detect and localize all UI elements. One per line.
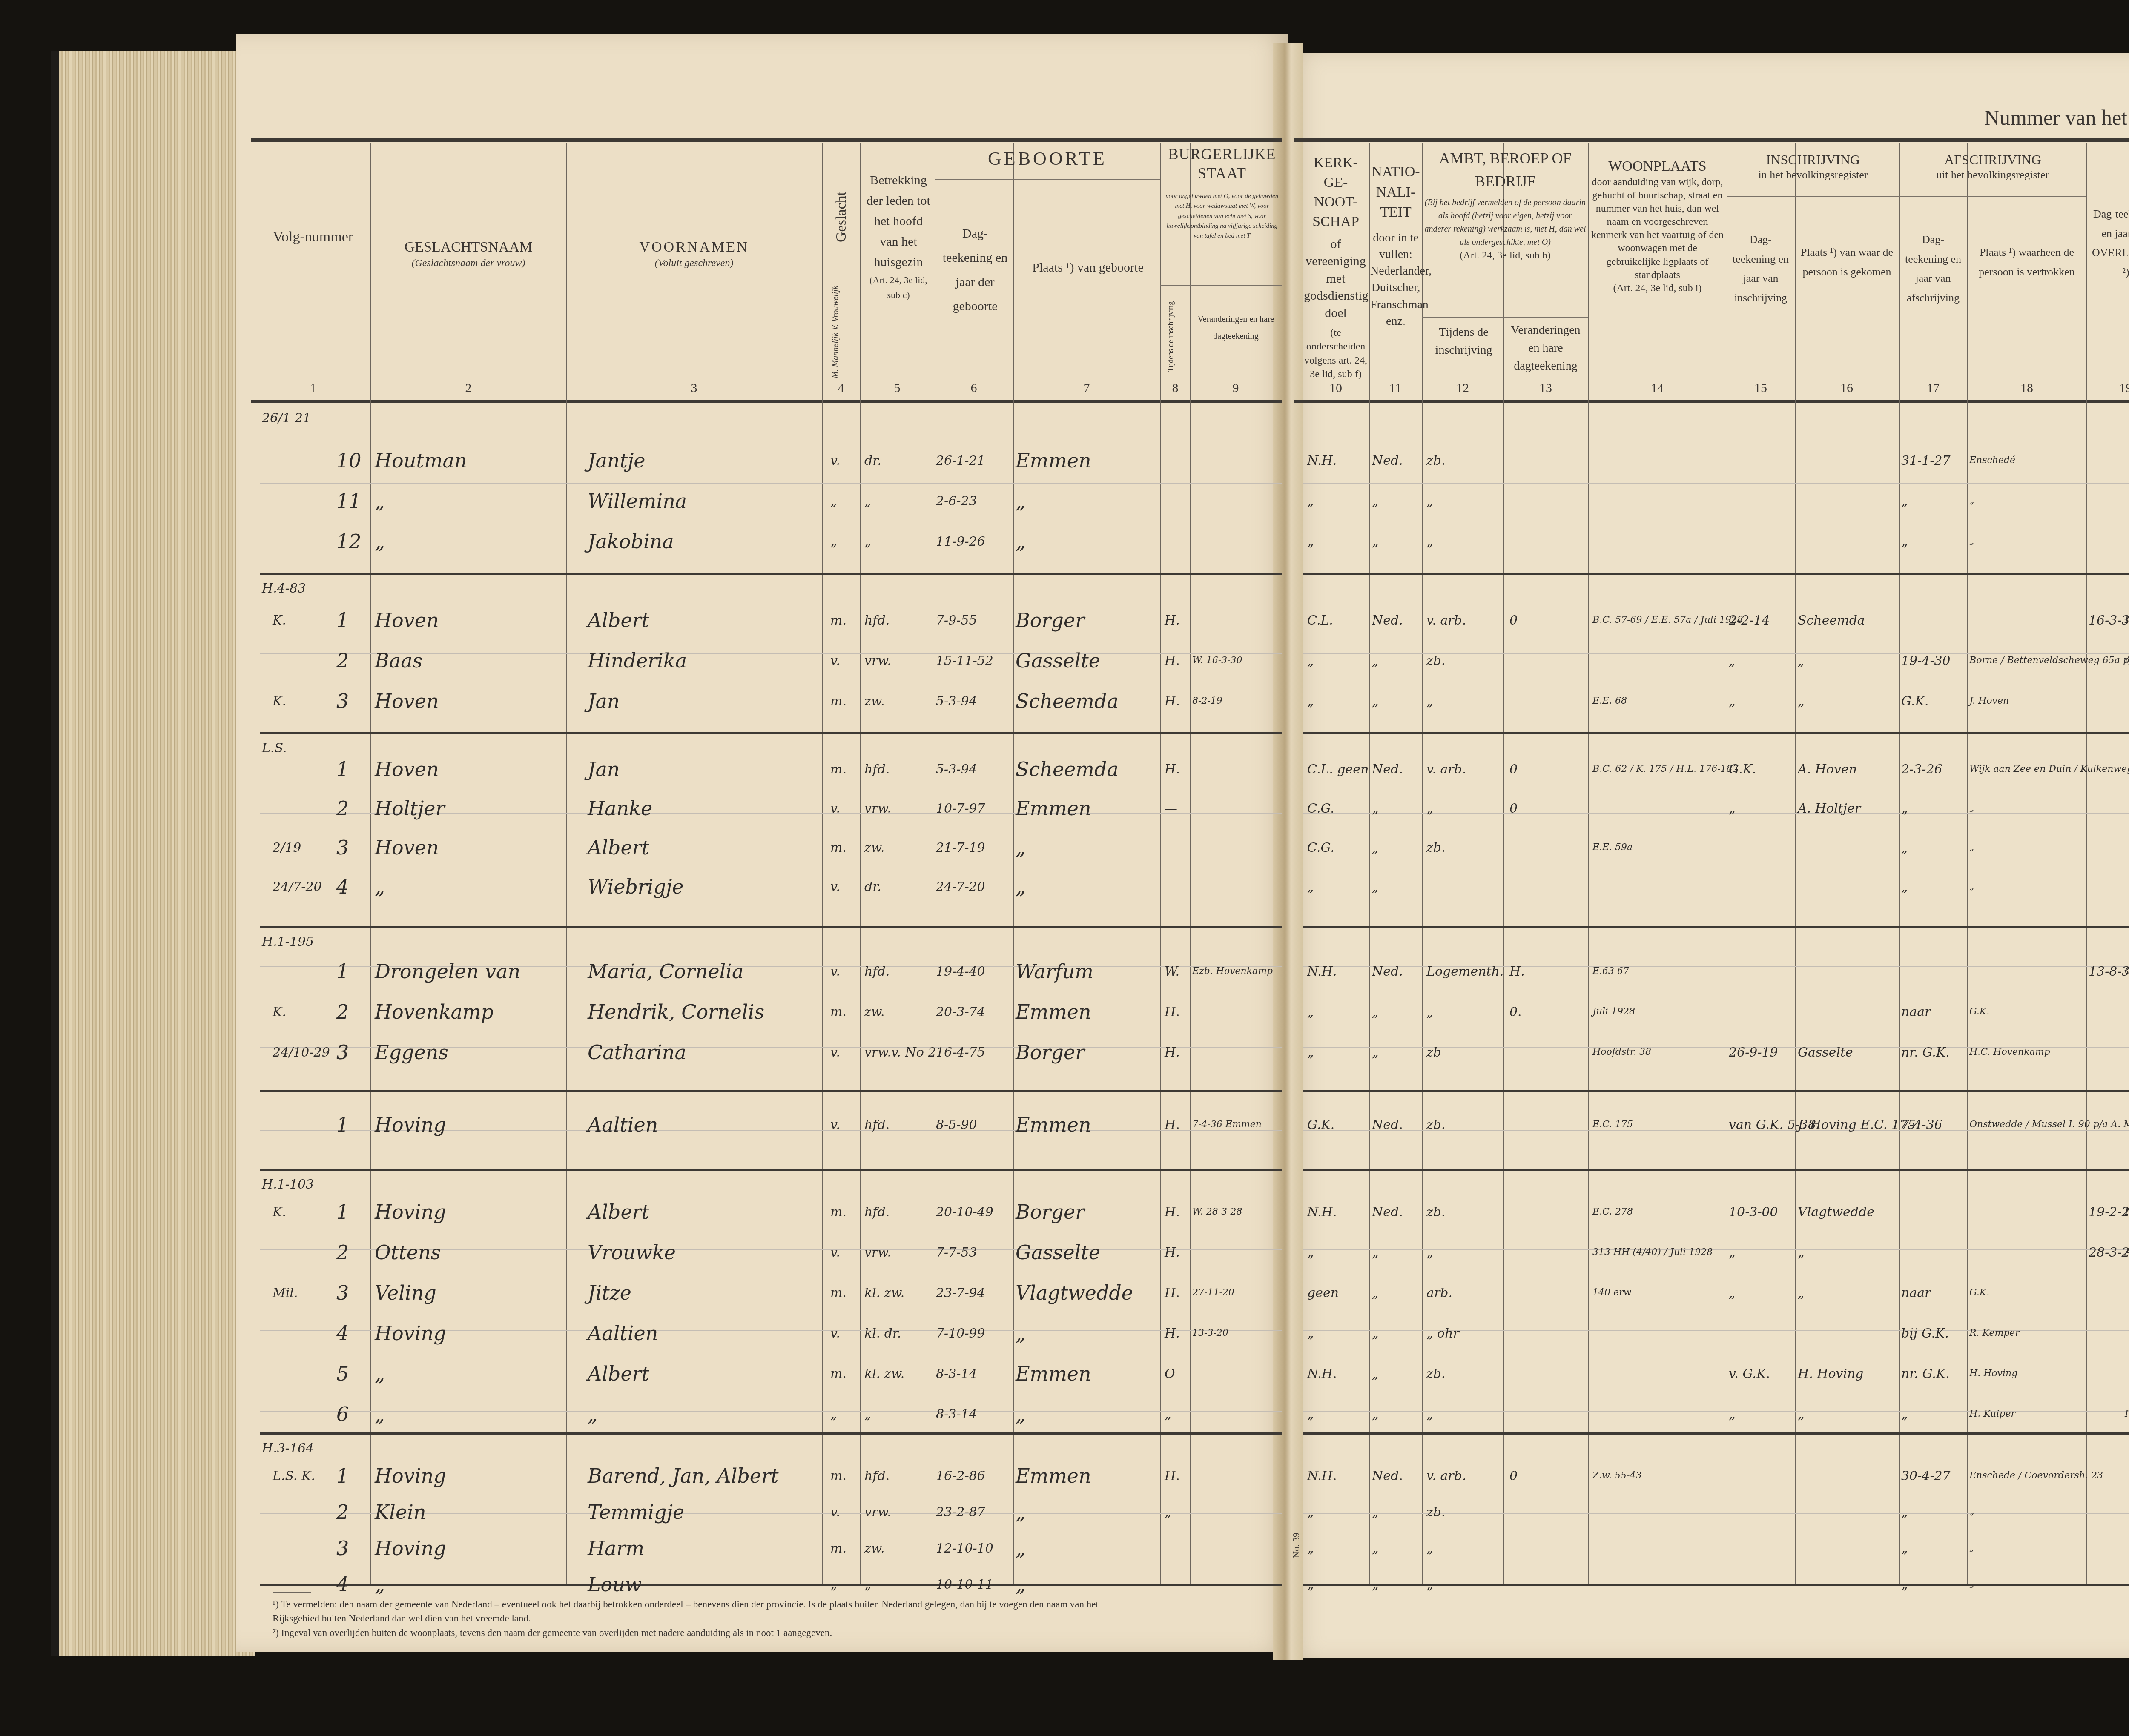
header-geboorte: GEBOORTE — [935, 147, 1160, 170]
cell-out-to: Wijk aan Zee en Duin / Kuikenweg C 23 — [1969, 764, 2129, 774]
header-col14-sub: door aanduiding van wijk, dorp, gehucht … — [1590, 176, 1724, 282]
cell-in-from: Vlagtwedde — [1798, 1205, 1874, 1220]
cell-occ: „ ohr — [1426, 1326, 1459, 1341]
cell-death: 28-3-28 — [2089, 1245, 2129, 1260]
cell-church: C.G. — [1307, 840, 1334, 855]
cell-birth-date: 7-9-55 — [936, 613, 977, 628]
cell-nat: „ — [1372, 1577, 1379, 1592]
cell-mark: 24/7-20 — [273, 879, 322, 894]
cell-nat: Ned. — [1372, 613, 1403, 628]
cell-in-from: „ — [1798, 1245, 1805, 1260]
cell-nat: „ — [1372, 694, 1379, 709]
cell-civil-change: 13-3-20 — [1192, 1328, 1228, 1338]
cell-surname: Hoving — [375, 1322, 446, 1345]
cell-address: E.E. 59a — [1592, 842, 1633, 853]
cell-sex: „ — [830, 534, 837, 549]
cell-in-date: „ — [1729, 1407, 1736, 1422]
cell-given: Willemina — [588, 490, 687, 513]
cell-given: Aaltien — [588, 1113, 658, 1136]
cell-out-to: Onstwedde / Mussel I. 90 p/a A. Miedema — [1969, 1119, 2129, 1130]
cell-birth-date: 24-7-20 — [936, 879, 985, 894]
cell-occ-change: 0 — [1509, 613, 1518, 628]
cell-in-from: „ — [1798, 1286, 1805, 1301]
cell-civil: „ — [1165, 1505, 1171, 1520]
cell-occ-change: 0 — [1509, 801, 1518, 816]
block-reference: H.1-103 — [262, 1177, 314, 1192]
cell-out-date: naar — [1901, 1286, 1931, 1301]
cell-address: B.C. 57-69 / E.E. 57a / Juli 1928 — [1592, 615, 1743, 625]
cell-remarks-code: I.N.V. — [2125, 1206, 2129, 1217]
cell-in-from: „ — [1798, 1407, 1805, 1422]
cell-sex: m. — [830, 762, 846, 777]
cell-out-to: „ — [1969, 842, 1974, 853]
block-separator-right — [1303, 732, 2129, 734]
footnote-2: ²) Ingeval van overlijden buiten de woon… — [273, 1626, 1124, 1640]
cell-surname: „ — [375, 530, 385, 553]
header-col14: WOONPLAATSdoor aanduiding van wijk, dorp… — [1590, 158, 1724, 295]
ruled-line — [260, 1088, 1282, 1088]
column-divider-left-4 — [860, 143, 861, 1584]
cell-civil: „ — [1165, 1407, 1171, 1422]
cell-church: C.G. — [1307, 801, 1334, 816]
cell-occ: zb — [1426, 1045, 1441, 1060]
header-bottom-rule-left — [251, 400, 1282, 403]
cell-out-to: Enschede / Coevordersh. 23 — [1969, 1470, 2103, 1481]
cell-occ: Logementh. — [1426, 964, 1503, 979]
cell-surname: Hoven — [375, 836, 439, 859]
cell-birth-place: „ — [1016, 836, 1026, 859]
cell-nr: 4 — [336, 875, 349, 898]
cell-out-to: „ — [1969, 536, 1974, 547]
cell-birth-place: Borger — [1016, 1200, 1085, 1223]
cell-church: N.H. — [1307, 1469, 1337, 1484]
header-col4-sub: M. Mannelijk V. Vrouwelijk — [830, 281, 841, 383]
header-col3-label: VOORNAMEN — [571, 238, 818, 257]
column-number-col3: 3 — [677, 381, 711, 395]
cell-in-date: 26-9-19 — [1729, 1045, 1778, 1060]
cell-out-to: G.K. — [1969, 1006, 1989, 1017]
cell-birth-date: 11-9-26 — [936, 534, 985, 549]
cell-mark: K. — [273, 694, 286, 709]
cell-birth-date: 21-7-19 — [936, 840, 985, 855]
cell-given: Albert — [588, 1362, 649, 1385]
cell-occ: zb. — [1426, 840, 1446, 855]
cell-nr: 2 — [336, 1000, 349, 1023]
cell-sex: m. — [830, 1286, 846, 1301]
cell-address: E.63 67 — [1592, 966, 1629, 977]
cell-sex: m. — [830, 1366, 846, 1381]
cell-nr: 3 — [336, 1041, 349, 1064]
header-col9: Veranderingen en hare dagteekening — [1192, 311, 1280, 345]
cell-birth-place: Gasselte — [1016, 649, 1100, 672]
header-col5-label: Betrekking der leden tot het hoofd van h… — [864, 170, 933, 272]
cell-nr: 6 — [336, 1403, 349, 1426]
cell-birth-date: 10-7-97 — [936, 801, 985, 816]
cell-out-date: 19-4-30 — [1901, 653, 1951, 668]
header-col2-sub: (Geslachtsnaam der vrouw) — [375, 257, 562, 269]
cell-relation: „ — [864, 1407, 871, 1422]
cell-sex: v. — [830, 964, 840, 979]
cell-given: Catharina — [588, 1041, 686, 1064]
cell-church: N.H. — [1307, 964, 1337, 979]
header-col10-sub2: (te onderscheiden volgens art. 24, 3e li… — [1304, 326, 1368, 381]
cell-occ: „ — [1426, 494, 1433, 509]
column-number-col17: 17 — [1916, 381, 1950, 395]
cell-given: Vrouwke — [588, 1241, 676, 1264]
block-reference: L.S. — [262, 741, 287, 756]
cell-relation: hfd. — [864, 964, 889, 979]
ruled-line — [1303, 524, 2129, 524]
cell-mark: 24/10-29 — [273, 1045, 330, 1060]
cell-out-date: „ — [1901, 534, 1908, 549]
cell-nr: 2 — [336, 649, 349, 672]
column-number-col13: 13 — [1529, 381, 1563, 395]
cell-birth-date: 8-3-14 — [936, 1366, 977, 1381]
block-reference: H.1-195 — [262, 934, 314, 949]
cell-out-date: naar — [1901, 1005, 1931, 1020]
header-col10-label: KERK-GE-NOOT-SCHAP — [1304, 153, 1368, 232]
header-ambt-sub: (Bij het bedrijf vermelden of de persoon… — [1424, 196, 1586, 249]
cell-nr: 4 — [336, 1322, 349, 1345]
cell-church: N.H. — [1307, 453, 1337, 468]
cell-given: Hinderika — [588, 649, 687, 672]
cell-church: „ — [1307, 1326, 1314, 1341]
cell-civil: H. — [1165, 1117, 1180, 1132]
cell-out-date: „ — [1901, 1541, 1908, 1556]
column-divider-right-9 — [2086, 143, 2087, 1584]
column-divider-right-4 — [1588, 143, 1589, 1584]
cell-nat: „ — [1372, 653, 1379, 668]
cell-remarks-code: A.K. O.D.R. — [2125, 1247, 2129, 1258]
cell-out-date: 7-4-36 — [1901, 1117, 1942, 1132]
column-divider-right-8 — [1967, 143, 1968, 1584]
cell-in-from: „ — [1798, 694, 1805, 709]
cell-surname: Hoven — [375, 690, 439, 713]
cell-civil: H. — [1165, 1245, 1180, 1260]
cell-given: Harm — [588, 1537, 644, 1560]
cell-out-to: „ — [1969, 1507, 1974, 1517]
cell-out-date: „ — [1901, 879, 1908, 894]
header-col2-label: GESLACHTSNAAM — [375, 238, 562, 257]
cell-birth-date: 12-10-10 — [936, 1541, 993, 1556]
cell-civil: H. — [1165, 1205, 1180, 1220]
footnote-1: ¹) Te vermelden: den naam der gemeente v… — [273, 1597, 1124, 1626]
cell-remarks-code: A.K. O.D.R. — [2125, 655, 2129, 666]
cell-address: E.C. 278 — [1592, 1206, 1633, 1217]
header-col2: GESLACHTSNAAM(Geslachtsnaam der vrouw) — [375, 238, 562, 269]
header-col11: NATIO-NALI-TEITdoor in te vullen: Nederl… — [1370, 162, 1421, 329]
block-separator-left — [260, 1584, 1282, 1586]
cell-occ: „ — [1426, 801, 1433, 816]
cell-birth-date: 7-10-99 — [936, 1326, 985, 1341]
cell-occ: v. arb. — [1426, 1469, 1466, 1484]
cell-given: „ — [588, 1403, 598, 1426]
cell-birth-place: Gasselte — [1016, 1241, 1100, 1264]
cell-occ: „ — [1426, 1407, 1433, 1422]
cell-given: Jan — [588, 690, 620, 713]
cell-church: „ — [1307, 1577, 1314, 1592]
cell-nat: „ — [1372, 1541, 1379, 1556]
side-marker: No. 39 — [1290, 1533, 1302, 1558]
column-number-col7: 7 — [1070, 381, 1104, 395]
cell-death: 16-3-30 — [2089, 613, 2129, 628]
cell-civil: H. — [1165, 1326, 1180, 1341]
cell-sex: v. — [830, 1045, 840, 1060]
cell-nr: 1 — [336, 758, 349, 781]
cell-out-to: H. Kuiper — [1969, 1409, 2015, 1419]
cell-civil-change: W. 16-3-30 — [1192, 655, 1242, 666]
cell-sex: „ — [830, 1577, 837, 1592]
cell-occ: zb. — [1426, 1205, 1446, 1220]
cell-nat: Ned. — [1372, 453, 1403, 468]
header-inschrijving: INSCHRIJVINGin het bevolkingsregister — [1728, 151, 1898, 182]
cell-civil-change: W. 28-3-28 — [1192, 1206, 1242, 1217]
cell-birth-place: Emmen — [1016, 1000, 1091, 1023]
cell-address: Hoofdstr. 38 — [1592, 1047, 1651, 1057]
header-inschrijving-sub: in het bevolkingsregister — [1728, 168, 1898, 182]
cell-surname: „ — [375, 875, 385, 898]
cell-death: 19-2-29 — [2089, 1205, 2129, 1220]
cell-relation: vrw. — [864, 653, 891, 668]
cell-occ: zb. — [1426, 1505, 1446, 1520]
cell-birth-date: 26-1-21 — [936, 453, 985, 468]
cell-sex: m. — [830, 1541, 846, 1556]
cell-sex: v. — [830, 1326, 840, 1341]
cell-civil: H. — [1165, 694, 1180, 709]
cell-relation: zw. — [864, 840, 884, 855]
cell-birth-place: „ — [1016, 530, 1026, 553]
cell-surname: Klein — [375, 1501, 426, 1524]
book-page-edges-left — [51, 51, 255, 1656]
cell-nat: „ — [1372, 1326, 1379, 1341]
column-number-col16: 16 — [1830, 381, 1864, 395]
ruled-line — [1303, 443, 2129, 443]
header-col11-label: NATIO-NALI-TEIT — [1370, 162, 1421, 223]
cell-church: G.K. — [1307, 1117, 1334, 1132]
header-inschrijving-label: INSCHRIJVING — [1728, 151, 1898, 168]
cell-sex: v. — [830, 879, 840, 894]
cell-address: E.E. 68 — [1592, 696, 1627, 706]
cell-birth-date: 8-3-14 — [936, 1407, 977, 1422]
cell-surname: Ottens — [375, 1241, 441, 1264]
cell-out-date: 30-4-27 — [1901, 1469, 1951, 1484]
cell-occ-change: 0 — [1509, 1469, 1518, 1484]
column-divider-left-7 — [1160, 143, 1161, 1584]
cell-birth-date: 20-3-74 — [936, 1005, 985, 1020]
cell-given: Temmigje — [588, 1501, 684, 1524]
ruled-line — [1303, 483, 2129, 484]
cell-out-date: „ — [1901, 494, 1908, 509]
cell-occ-change: 0 — [1509, 762, 1518, 777]
footnotes: ¹) Te vermelden: den naam der gemeente v… — [273, 1592, 1124, 1640]
ruled-line — [260, 1371, 1282, 1371]
block-separator-right — [1303, 573, 2129, 575]
cell-in-from: A. Hoven — [1798, 762, 1857, 777]
header-col3-sub: (Voluit geschreven) — [571, 257, 818, 269]
cell-civil: W. — [1165, 964, 1179, 979]
cell-nat: „ — [1372, 1286, 1379, 1301]
column-number-col8: 8 — [1158, 381, 1192, 395]
page-title: Nummer van het blad — [1984, 104, 2129, 131]
cell-given: Jan — [588, 758, 620, 781]
column-number-col10: 10 — [1319, 381, 1353, 395]
header-afschrijving-sub: uit het bevolkingsregister — [1900, 168, 2086, 182]
cell-out-to: H. Hoving — [1969, 1368, 2017, 1379]
cell-birth-place: „ — [1016, 1501, 1026, 1524]
cell-church: C.L. — [1307, 613, 1333, 628]
column-divider-left-2 — [566, 143, 567, 1584]
cell-birth-date: 7-7-53 — [936, 1245, 977, 1260]
header-col14-sub2: (Art. 24, 3e lid, sub i) — [1590, 282, 1724, 295]
column-divider-right-2 — [1422, 143, 1423, 1584]
geboorte-rule — [935, 179, 1160, 180]
header-col18: Plaats ¹) waarheen de persoon is vertrok… — [1969, 243, 2084, 281]
cell-civil-change: Ezb. Hovenkamp — [1192, 966, 1273, 977]
block-separator-left — [260, 1090, 1282, 1092]
cell-relation: zw. — [864, 1005, 884, 1020]
header-col17: Dag-teekening en jaar van afschrijving — [1901, 230, 1965, 307]
cell-church: „ — [1307, 1407, 1314, 1422]
block-separator-left — [260, 573, 1282, 575]
column-divider-right-3 — [1503, 143, 1504, 1584]
cell-sex: m. — [830, 1469, 846, 1484]
cell-given: Albert — [588, 609, 649, 632]
header-ambt: AMBT, BEROEP OF BEDRIJF(Bij het bedrijf … — [1424, 147, 1586, 262]
header-col15: Dag-teekening en jaar van inschrijving — [1729, 230, 1793, 307]
cell-civil: H. — [1165, 762, 1180, 777]
cell-out-to: J. Hoven — [1969, 696, 2009, 706]
cell-relation: vrw. — [864, 1505, 891, 1520]
cell-surname: „ — [375, 1362, 385, 1385]
cell-nat: Ned. — [1372, 1117, 1403, 1132]
cell-birth-place: Emmen — [1016, 1464, 1091, 1487]
column-divider-left-3 — [822, 143, 823, 1584]
cell-out-to: „ — [1969, 1543, 1974, 1553]
cell-birth-place: „ — [1016, 1537, 1026, 1560]
cell-sex: „ — [830, 1407, 837, 1422]
afschrijving-rule — [1899, 196, 2086, 197]
cell-relation: zw. — [864, 1541, 884, 1556]
cell-out-to: „ — [1969, 1579, 1974, 1590]
column-number-col19: 19 — [2109, 381, 2129, 395]
cell-civil: H. — [1165, 653, 1180, 668]
cell-nat: „ — [1372, 1005, 1379, 1020]
cell-sex: m. — [830, 840, 846, 855]
column-number-col15: 15 — [1744, 381, 1778, 395]
header-col10-sub: of vereeniging met godsdienstig doel — [1304, 236, 1368, 322]
cell-address: Z.w. 55-43 — [1592, 1470, 1642, 1481]
header-col14-label: WOONPLAATS — [1590, 158, 1724, 176]
cell-death: 13-8-30 — [2089, 964, 2129, 979]
cell-nr: 1 — [336, 609, 349, 632]
cell-relation: kl. zw. — [864, 1286, 904, 1301]
cell-nr: 2 — [336, 1241, 349, 1264]
cell-sex: „ — [830, 494, 837, 509]
cell-nr: 1 — [336, 960, 349, 983]
ruled-line — [260, 1411, 1282, 1412]
column-number-col1: 1 — [296, 381, 330, 395]
column-divider-left-5 — [935, 143, 935, 1584]
column-number-col2: 2 — [451, 381, 485, 395]
cell-address: 313 HH (4/40) / Juli 1928 — [1592, 1247, 1713, 1258]
cell-given: Jakobina — [588, 530, 674, 553]
cell-nr: 5 — [336, 1362, 349, 1385]
ruled-line — [260, 894, 1282, 894]
ruled-line — [260, 564, 1282, 564]
column-number-col4: 4 — [824, 381, 858, 395]
cell-church: „ — [1307, 494, 1314, 509]
cell-sex: v. — [830, 653, 840, 668]
cell-out-date: bij G.K. — [1901, 1326, 1949, 1341]
cell-church: „ — [1307, 534, 1314, 549]
cell-nat: „ — [1372, 534, 1379, 549]
cell-sex: m. — [830, 613, 846, 628]
cell-surname: Hoving — [375, 1464, 446, 1487]
header-col13: Veranderingen en hare dagteekening — [1505, 321, 1586, 375]
cell-civil: H. — [1165, 1045, 1180, 1060]
cell-nr: 1 — [336, 1113, 349, 1136]
ruled-line — [1303, 894, 2129, 894]
column-divider-left-1 — [370, 143, 371, 1584]
cell-civil-change: 27-11-20 — [1192, 1287, 1234, 1298]
cell-out-date: „ — [1901, 1577, 1908, 1592]
cell-in-date: G.K. — [1729, 762, 1756, 777]
cell-surname: „ — [375, 490, 385, 513]
column-number-col9: 9 — [1219, 381, 1253, 395]
header-col3: VOORNAMEN(Voluit geschreven) — [571, 238, 818, 269]
cell-relation: hfd. — [864, 1205, 889, 1220]
cell-church: N.H. — [1307, 1205, 1337, 1220]
cell-sex: v. — [830, 453, 840, 468]
cell-mark: K. — [273, 613, 286, 628]
cell-relation: hfd. — [864, 1469, 889, 1484]
cell-relation: kl. dr. — [864, 1326, 901, 1341]
block-separator-right — [1303, 1432, 2129, 1435]
cell-church: geen — [1307, 1286, 1339, 1301]
cell-nr: 12 — [336, 530, 362, 553]
cell-church: „ — [1307, 653, 1314, 668]
cell-sex: v. — [830, 1245, 840, 1260]
cell-birth-place: Borger — [1016, 1041, 1085, 1064]
cell-nr: 10 — [336, 449, 362, 472]
cell-given: Jitze — [588, 1281, 631, 1304]
column-number-col11: 11 — [1378, 381, 1412, 395]
footnote-rule — [273, 1592, 311, 1593]
cell-surname: Veling — [375, 1281, 436, 1304]
inschrijving-rule — [1727, 196, 1899, 197]
cell-out-to: G.K. — [1969, 1287, 1989, 1298]
cell-sex: m. — [830, 694, 846, 709]
header-afschrijving-label: AFSCHRIJVING — [1900, 151, 2086, 168]
cell-relation: hfd. — [864, 1117, 889, 1132]
cell-surname: Hoving — [375, 1200, 446, 1223]
cell-birth-date: 20-10-49 — [936, 1205, 993, 1220]
column-number-col6: 6 — [957, 381, 991, 395]
cell-surname: Houtman — [375, 449, 467, 472]
cell-occ: „ — [1426, 694, 1433, 709]
cell-out-to: R. Kemper — [1969, 1328, 2020, 1338]
cell-in-date: „ — [1729, 653, 1736, 668]
block-separator-right — [1303, 1090, 2129, 1092]
cell-nat: „ — [1372, 840, 1379, 855]
column-number-col12: 12 — [1446, 381, 1480, 395]
cell-out-to: H.C. Hovenkamp — [1969, 1047, 2050, 1057]
cell-relation: vrw.v. No 2 — [864, 1045, 936, 1060]
block-separator-left — [260, 1169, 1282, 1171]
cell-surname: Hoving — [375, 1113, 446, 1136]
header-burgerlijke: BURGERLIJKE STAAT — [1162, 145, 1282, 183]
header-top-rule-right — [1294, 138, 2129, 142]
